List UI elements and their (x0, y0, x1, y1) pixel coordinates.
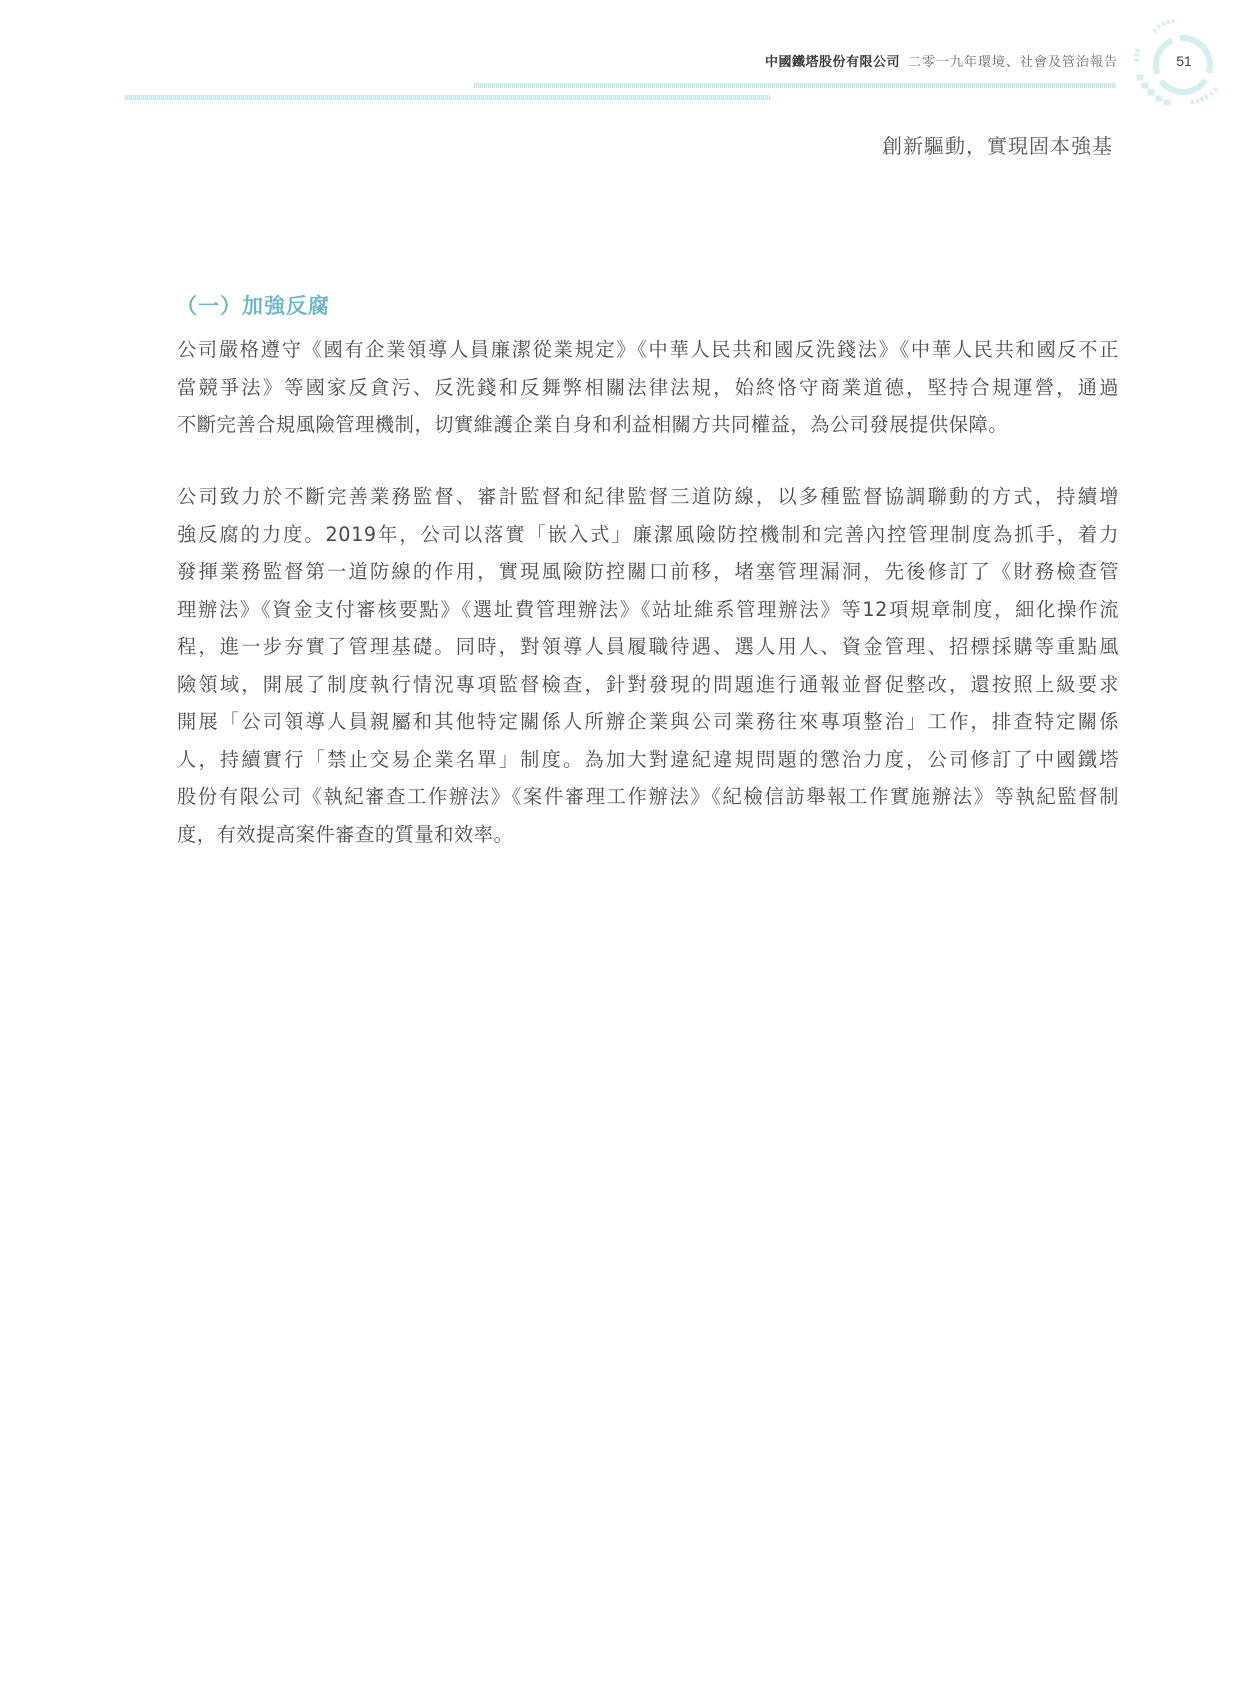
paragraph-1: 公司嚴格遵守《國有企業領導人員廉潔從業規定》《中華人民共和國反洗錢法》《中華人民… (177, 331, 1119, 444)
page-number: 51 (1165, 53, 1203, 69)
header-report-title: 二零一九年環境、社會及管治報告 (908, 55, 1118, 70)
running-header: 中國鐵塔股份有限公司二零一九年環境、社會及管治報告 (765, 53, 1118, 73)
paragraph-line: 度，有效提高案件審查的質量和效率。 (177, 816, 1119, 854)
paragraph-line: 開展「公司領導人員親屬和其他特定關係人所辦企業與公司業務往來專項整治」工作，排查… (177, 703, 1119, 741)
section-heading: （一）加強反腐 (176, 290, 330, 320)
chapter-title: 創新驅動，實現固本強基 (882, 130, 1113, 159)
paragraph-line: 程，進一步夯實了管理基礎。同時，對領導人員履職待遇、選人用人、資金管理、招標採購… (177, 628, 1119, 666)
paragraph-line: 公司嚴格遵守《國有企業領導人員廉潔從業規定》《中華人民共和國反洗錢法》《中華人民… (177, 331, 1119, 369)
paragraph-line: 強反腐的力度。2019年，公司以落實「嵌入式」廉潔風險防控機制和完善內控管理制度… (177, 516, 1119, 554)
paragraph-line: 人，持續實行「禁止交易企業名單」制度。為加大對違紀違規問題的懲治力度，公司修訂了… (177, 741, 1119, 779)
paragraph-2: 公司致力於不斷完善業務監督、審計監督和紀律監督三道防線，以多種監督協調聯動的方式… (177, 478, 1119, 853)
paragraph-line: 發揮業務監督第一道防線的作用，實現風險防控關口前移，堵塞管理漏洞，先後修訂了《財… (177, 553, 1119, 591)
paragraph-line: 公司致力於不斷完善業務監督、審計監督和紀律監督三道防線，以多種監督協調聯動的方式… (177, 478, 1119, 516)
header-rule-top (474, 83, 1116, 88)
paragraph-line: 當競爭法》等國家反貪污、反洗錢和反舞弊相關法律法規，始終恪守商業道德，堅持合規運… (177, 369, 1119, 407)
paragraph-line: 理辦法》《資金支付審核要點》《選址費管理辦法》《站址維系管理辦法》等12項規章制… (177, 591, 1119, 629)
paragraph-line: 股份有限公司《執紀審查工作辦法》《案件審理工作辦法》《紀檢信訪舉報工作實施辦法》… (177, 778, 1119, 816)
header-company-name: 中國鐵塔股份有限公司 (765, 55, 900, 70)
paragraph-line: 險領域，開展了制度執行情況專項監督檢查，針對發現的問題進行通報並督促整改，還按照… (177, 666, 1119, 704)
paragraph-line: 不斷完善合規風險管理機制，切實維護企業自身和利益相關方共同權益，為公司發展提供保… (177, 406, 1119, 444)
header-rule-bottom (125, 95, 770, 100)
